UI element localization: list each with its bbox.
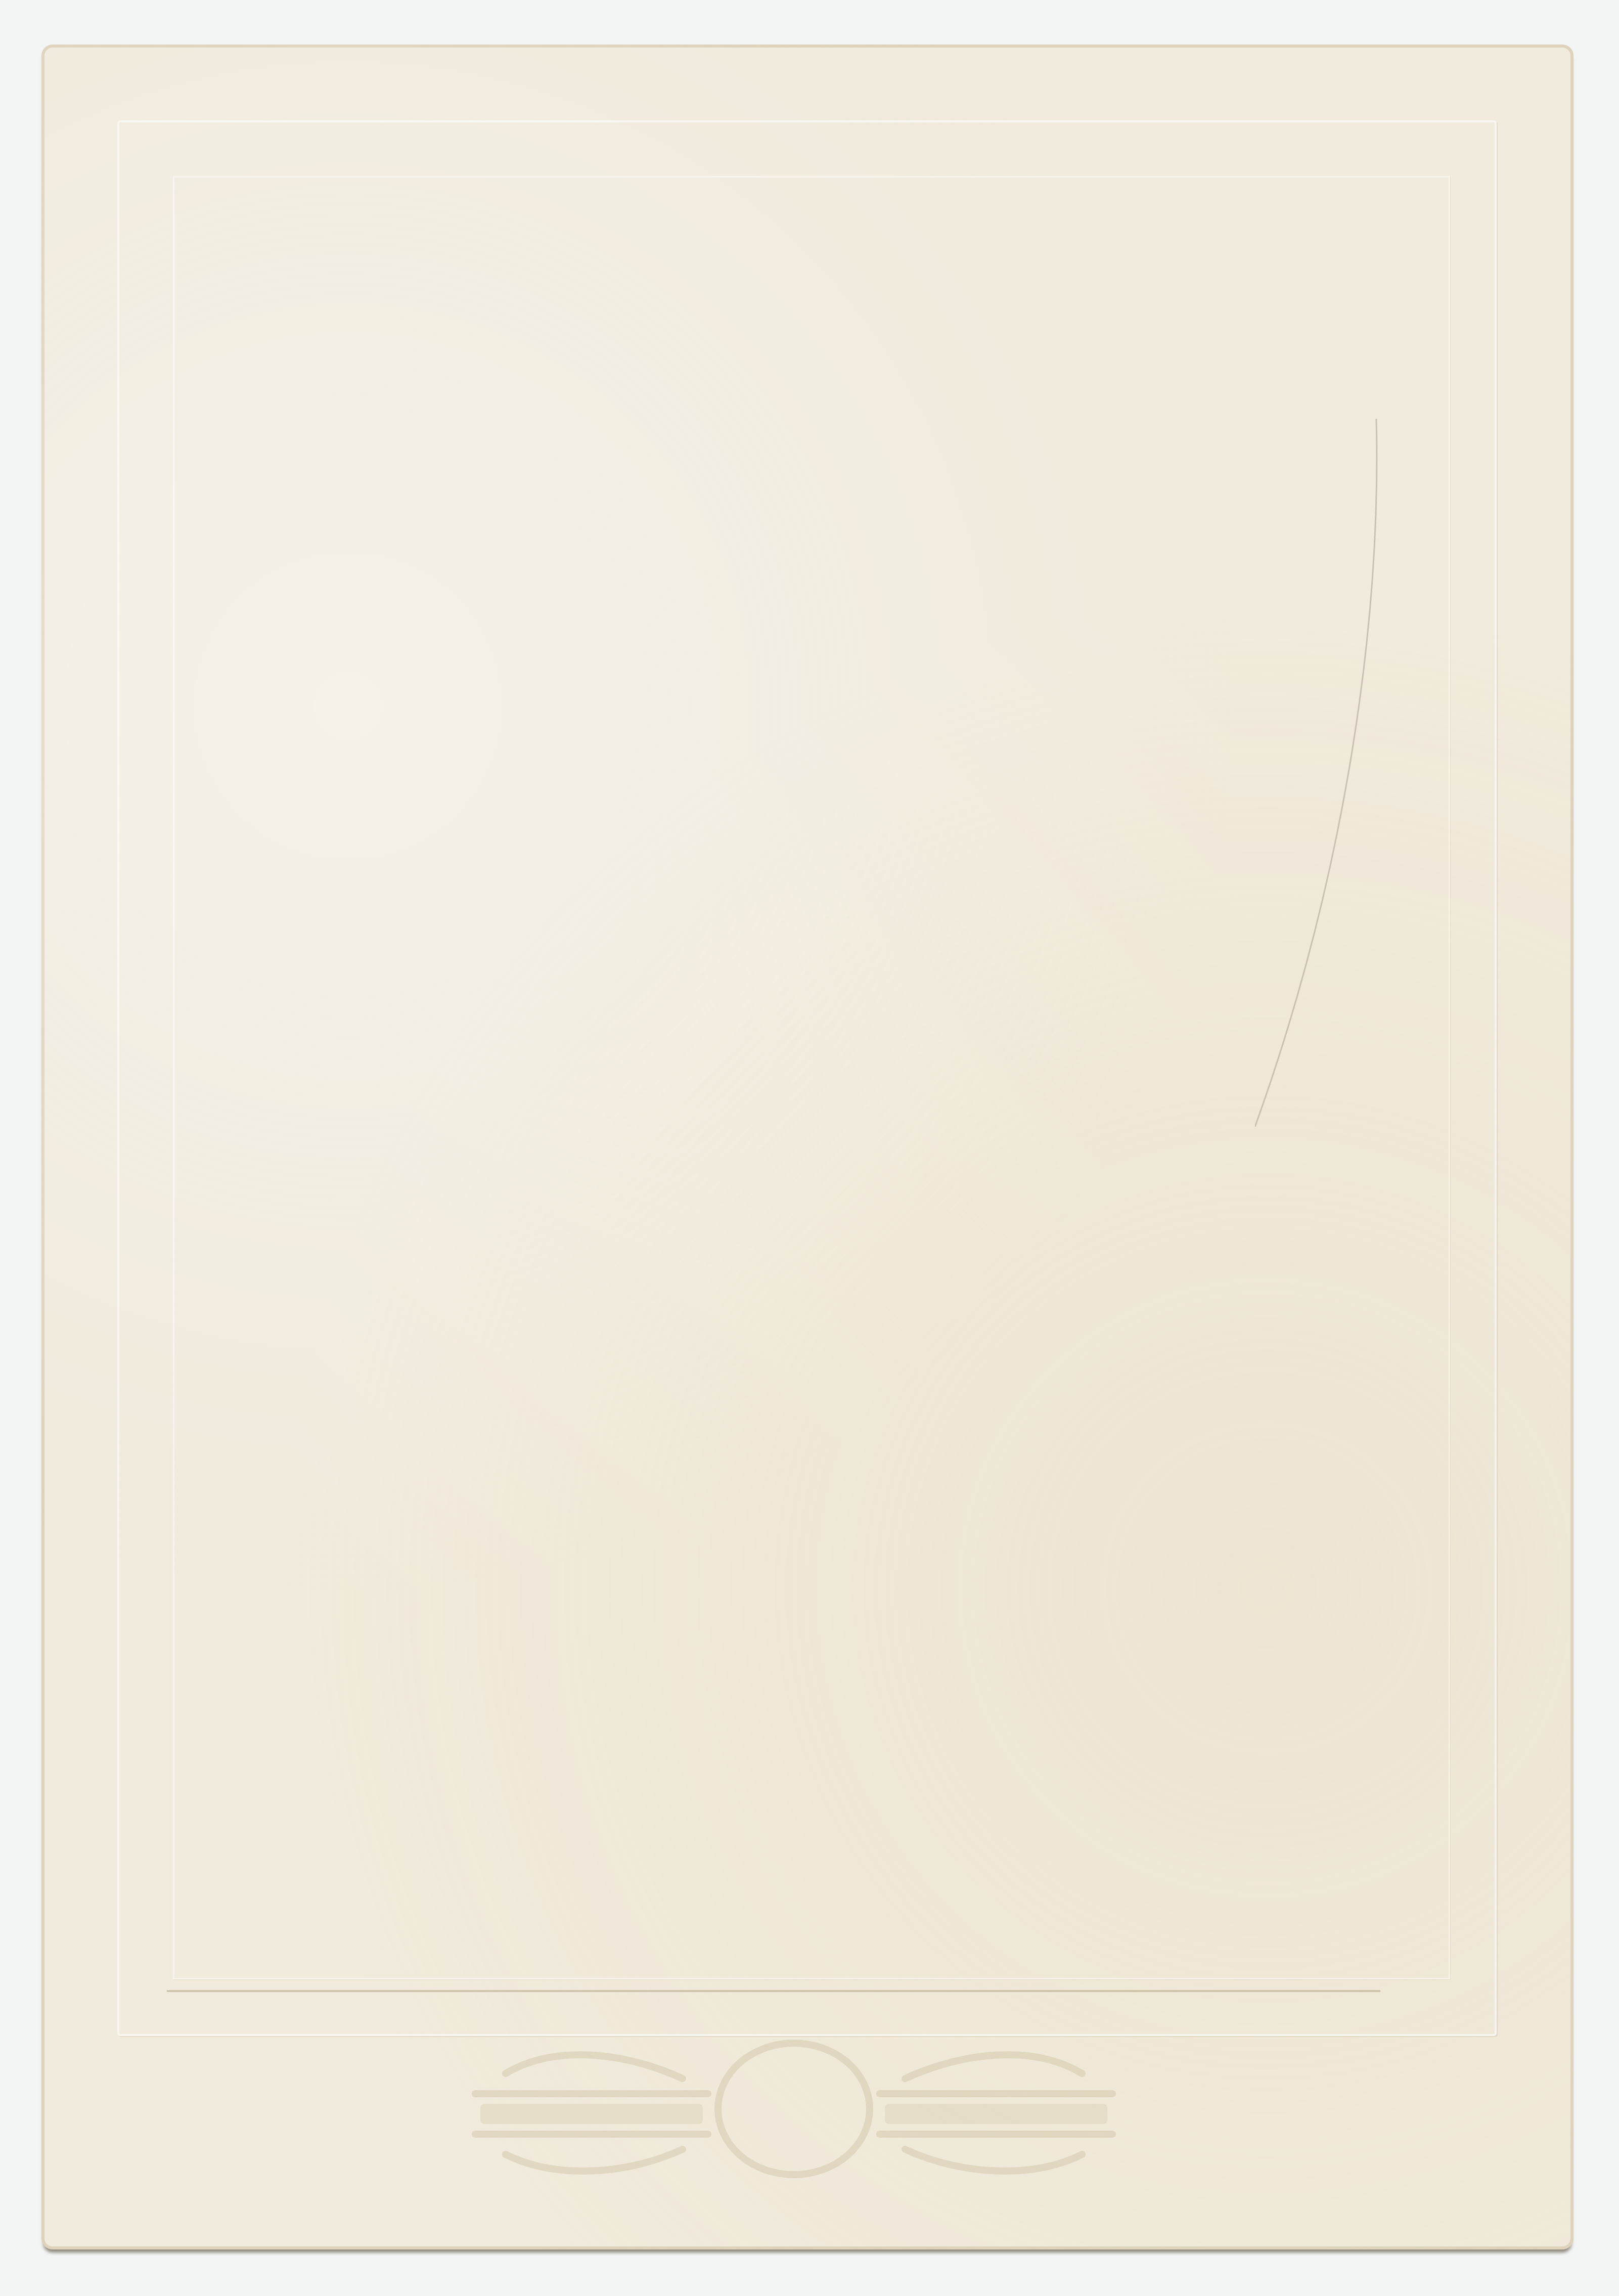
embossed-bottom-rule <box>167 1990 1380 1992</box>
photo-card-back <box>41 45 1573 2249</box>
ornamental-emboss-icon <box>445 2033 1143 2185</box>
pencil-mark <box>1255 419 1386 1127</box>
